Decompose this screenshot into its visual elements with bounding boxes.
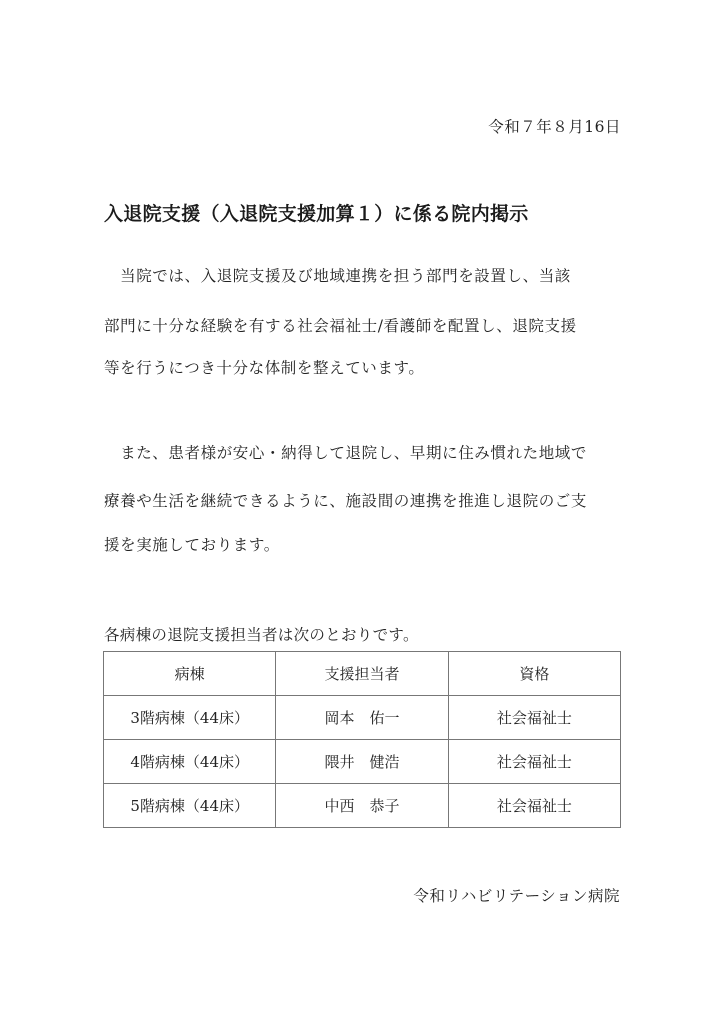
paragraph-line: 療養や生活を継続できるように、施設間の連携を推進し退院のご支	[104, 489, 587, 511]
paragraph-line: 援を実施しております。	[104, 533, 280, 555]
cell-staff: 中西 恭子	[276, 784, 448, 828]
cell-ward: 4階病棟（44床）	[104, 740, 276, 784]
table-row: 3階病棟（44床） 岡本 佑一 社会福祉士	[104, 696, 621, 740]
cell-qualification: 社会福祉士	[448, 696, 620, 740]
table-header-row: 病棟 支援担当者 資格	[104, 652, 621, 696]
hospital-name: 令和リハビリテーション病院	[413, 884, 620, 906]
table-row: 4階病棟（44床） 隈井 健浩 社会福祉士	[104, 740, 621, 784]
staff-table: 病棟 支援担当者 資格 3階病棟（44床） 岡本 佑一 社会福祉士 4階病棟（4…	[103, 651, 621, 828]
cell-qualification: 社会福祉士	[448, 784, 620, 828]
paragraph-line: また、患者様が安心・納得して退院し、早期に住み慣れた地域で	[104, 441, 587, 463]
header-ward: 病棟	[104, 652, 276, 696]
header-staff: 支援担当者	[276, 652, 448, 696]
document-date: 令和７年８月16日	[488, 115, 621, 137]
document-title: 入退院支援（入退院支援加算１）に係る院内掲示	[104, 199, 529, 226]
cell-staff: 岡本 佑一	[276, 696, 448, 740]
cell-qualification: 社会福祉士	[448, 740, 620, 784]
cell-ward: 3階病棟（44床）	[104, 696, 276, 740]
cell-staff: 隈井 健浩	[276, 740, 448, 784]
header-qualification: 資格	[448, 652, 620, 696]
cell-ward: 5階病棟（44床）	[104, 784, 276, 828]
table-row: 5階病棟（44床） 中西 恭子 社会福祉士	[104, 784, 621, 828]
paragraph-line: 当院では、入退院支援及び地域連携を担う部門を設置し、当該	[104, 264, 571, 286]
table-intro: 各病棟の退院支援担当者は次のとおりです。	[104, 623, 419, 645]
paragraph-line: 部門に十分な経験を有する社会福祉士/看護師を配置し、退院支援	[104, 314, 577, 336]
paragraph-line: 等を行うにつき十分な体制を整えています。	[104, 356, 424, 378]
